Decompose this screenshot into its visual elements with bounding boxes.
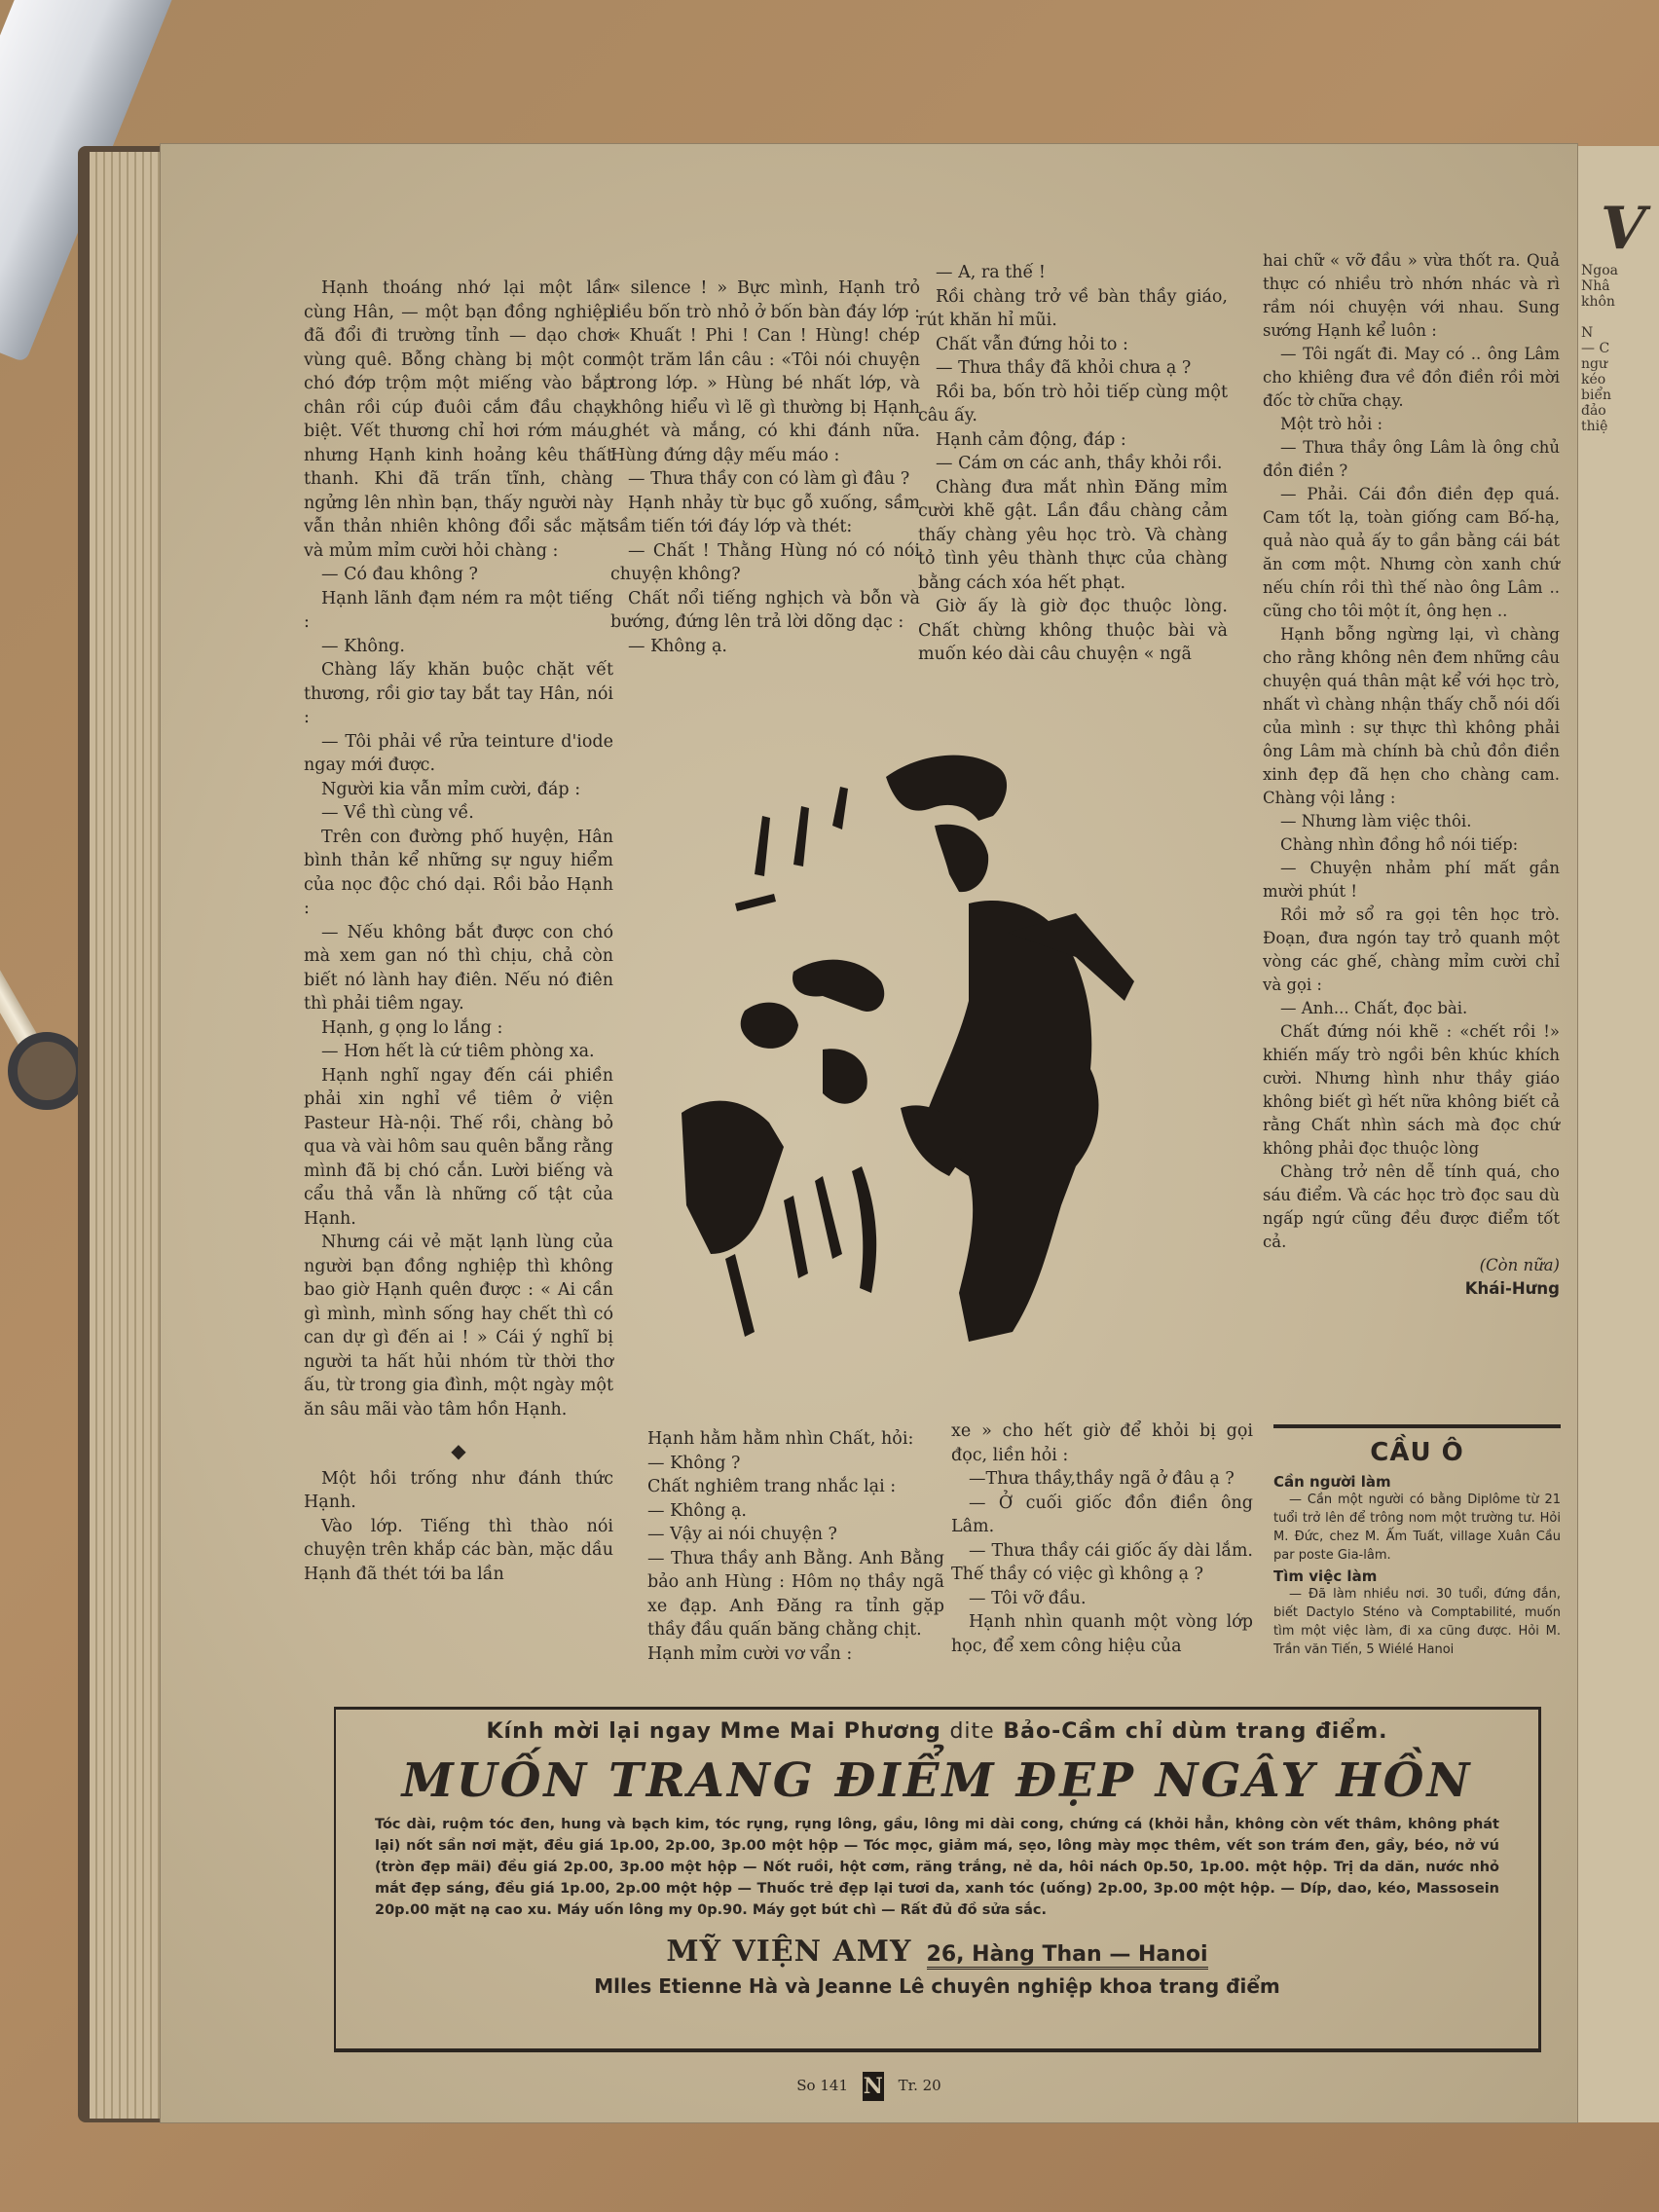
classified-heading-seeking: Tìm việc làm — [1273, 1567, 1561, 1585]
dialogue: — Phải. Cái đồn điền đẹp quá. Cam tốt lạ… — [1263, 483, 1560, 623]
paragraph: Hạnh cảm động, đáp : — [918, 428, 1228, 453]
dialogue: — Thưa thầy con có làm gì đâu ? — [610, 467, 920, 492]
story-column-2: « silence ! » Bực mình, Hạnh trỏ liều bố… — [610, 276, 920, 658]
paragraph: Chất vẫn đứng hỏi to : — [918, 333, 1228, 357]
dialogue: — Thưa thầy đã khỏi chưa ạ ? — [918, 356, 1228, 381]
ad-invitation: Kính mời lại ngay Mme Mai Phương dite Bả… — [375, 1719, 1499, 1744]
binder-ring — [8, 1032, 86, 1110]
dialogue: — Không ạ. — [647, 1499, 944, 1524]
classified-body-hiring: — Cần một người có bằng Diplôme từ 21 tu… — [1273, 1491, 1561, 1565]
dialogue: — Anh... Chất, đọc bài. — [1263, 997, 1560, 1020]
dialogue: — Chuyện nhảm phí mất gần mười phút ! — [1263, 857, 1560, 903]
paragraph: Một trò hỏi : — [1263, 413, 1560, 436]
dialogue: — Ở cuối giốc đồn điền ông Lâm. — [951, 1492, 1253, 1539]
paragraph: Hạnh hằm hằm nhìn Chất, hỏi: — [647, 1427, 944, 1452]
classified-ads: CẦU Ô Cần người làm — Cần một người có b… — [1273, 1424, 1561, 1659]
facing-page-letter: V — [1601, 195, 1659, 263]
story-column-6: xe » cho hết giờ để khỏi bị gọi đọc, liề… — [951, 1419, 1253, 1658]
story-illustration — [677, 748, 1193, 1400]
dialogue: — Tôi ngất đi. May có .. ông Lâm cho khi… — [1263, 343, 1560, 413]
classified-body-seeking: — Đã làm nhiều nơi. 30 tuổi, đứng đắn, b… — [1273, 1585, 1561, 1659]
story-column-1: Hạnh thoáng nhớ lại một lần cùng Hân, — … — [304, 276, 613, 1586]
classified-title: CẦU Ô — [1273, 1438, 1561, 1467]
paragraph: Chàng đưa mắt nhìn Đăng mỉm cười khẽ gật… — [918, 476, 1228, 596]
paragraph: Rồi mở sổ ra gọi tên học trò. Đoạn, đưa … — [1263, 903, 1560, 997]
dialogue: — Thưa thầy anh Bằng. Anh Bằng bảo anh H… — [647, 1547, 944, 1642]
dialogue: — Thưa thầy cái giốc ấy dài lắm. Thế thầ… — [951, 1539, 1253, 1587]
dialogue: — Thưa thầy ông Lâm là ông chủ đồn điền … — [1263, 436, 1560, 483]
dialogue: — Có đau không ? — [304, 563, 613, 587]
dialogue: — Không. — [304, 635, 613, 659]
ad-body: Tóc dài, ruộm tóc đen, hung và bạch kim,… — [375, 1814, 1499, 1921]
paragraph: Một hồi trống như đánh thức Hạnh. — [304, 1467, 613, 1515]
facing-page-text: Ngoa Nhâ khôn N — C ngư kéo biển đảo thi… — [1581, 263, 1659, 434]
paragraph: Người kia vẫn mỉm cười, đáp : — [304, 778, 613, 802]
paragraph: xe » cho hết giờ để khỏi bị gọi đọc, liề… — [951, 1419, 1253, 1467]
shop-name: MỸ VIỆN AMY — [666, 1935, 911, 1969]
paragraph: Vào lớp. Tiếng thì thào nói chuyện trên … — [304, 1515, 613, 1587]
dialogue: — Không ạ. — [610, 635, 920, 659]
dialogue: — Về thì cùng về. — [304, 801, 613, 826]
paragraph: « silence ! » Bực mình, Hạnh trỏ liều bố… — [610, 276, 920, 467]
paragraph: Chất nghiêm trang nhắc lại : — [647, 1475, 944, 1499]
dialogue: — Tôi phải về rửa teinture d'iode ngay m… — [304, 730, 613, 778]
paragraph: Giờ ấy là giờ đọc thuộc lòng. Chất chừng… — [918, 595, 1228, 667]
newspaper-page: Hạnh thoáng nhớ lại một lần cùng Hân, — … — [161, 144, 1577, 2122]
paragraph: Chất đứng nói khẽ : «chết rồi !» khiến m… — [1263, 1020, 1560, 1161]
paragraph: hai chữ « vỡ đầu » vừa thốt ra. Quả thực… — [1263, 249, 1560, 343]
section-break-diamond-icon: ◆ — [304, 1439, 613, 1463]
facing-page-fragment: V Ngoa Nhâ khôn N — C ngư kéo biển đảo t… — [1572, 146, 1659, 2122]
paragraph: Hạnh mỉm cười vơ vẩn : — [647, 1642, 944, 1667]
story-column-3: — A, ra thế ! Rồi chàng trở về bàn thầy … — [918, 261, 1228, 667]
dialogue: — Tôi vỡ đầu. — [951, 1587, 1253, 1611]
paragraph: Trên con đường phố huyện, Hân bình thản … — [304, 826, 613, 921]
dialogue: — Chất ! Thằng Hùng nó có nói chuyện khô… — [610, 539, 920, 587]
dialogue: — Nếu không bắt được con chó mà xem gan … — [304, 921, 613, 1016]
paragraph: Hạnh thoáng nhớ lại một lần cùng Hân, — … — [304, 276, 613, 563]
classified-rule — [1273, 1424, 1561, 1428]
dialogue: — Không ? — [647, 1452, 944, 1476]
paragraph: Hạnh nhìn quanh một vòng lớp học, để xem… — [951, 1610, 1253, 1658]
issue-number: So 141 — [796, 2077, 848, 2094]
page-footer: So 141 N Tr. 20 — [161, 2072, 1577, 2101]
paragraph: Nhưng cái vẻ mặt lạnh lùng của người bạn… — [304, 1231, 613, 1421]
page-number: Tr. 20 — [899, 2077, 941, 2094]
dialogue: — Hơn hết là cứ tiêm phòng xa. — [304, 1040, 613, 1064]
author-signature: Khái-Hưng — [1263, 1277, 1560, 1301]
dialogue: — Vậy ai nói chuyện ? — [647, 1523, 944, 1547]
dialogue: —Thưa thầy,thầy ngã ở đâu ạ ? — [951, 1467, 1253, 1492]
paragraph: Rồi chàng trở về bàn thầy giáo, rút khăn… — [918, 285, 1228, 333]
dialogue: — Nhưng làm việc thôi. — [1263, 810, 1560, 833]
story-column-4: hai chữ « vỡ đầu » vừa thốt ra. Quả thực… — [1263, 249, 1560, 1301]
ad-staff: Mlles Etienne Hà và Jeanne Lê chuyên ngh… — [375, 1974, 1499, 1998]
paragraph: Chàng lấy khăn buộc chặt vết thương, rồi… — [304, 658, 613, 730]
classified-heading-hiring: Cần người làm — [1273, 1473, 1561, 1491]
shop-address: 26, Hàng Than — Hanoi — [927, 1942, 1208, 1970]
story-column-5: Hạnh hằm hằm nhìn Chất, hỏi: — Không ? C… — [647, 1427, 944, 1666]
newspaper-logo-icon: N — [863, 2072, 884, 2101]
to-be-continued: (Còn nữa) — [1263, 1254, 1560, 1277]
paragraph: Hạnh bỗng ngừng lại, vì chàng cho rằng k… — [1263, 623, 1560, 810]
paragraph: Hạnh, g ọng lo lắng : — [304, 1016, 613, 1041]
paragraph: Chất nổi tiếng nghịch và bỗn và bướng, đ… — [610, 587, 920, 635]
dialogue: — Cám ơn các anh, thầy khỏi rồi. — [918, 452, 1228, 476]
ad-shop: MỸ VIỆN AMY 26, Hàng Than — Hanoi — [375, 1935, 1499, 1969]
dialogue: — A, ra thế ! — [918, 261, 1228, 285]
ad-headline: MUỐN TRANG ĐIỂM ĐẸP NGÂY HỒN — [375, 1753, 1499, 1808]
paragraph: Hạnh nhảy từ bục gỗ xuống, sầm sầm tiến … — [610, 492, 920, 539]
paragraph: Hạnh lãnh đạm ném ra một tiếng : — [304, 587, 613, 635]
paragraph: Chàng trở nên dễ tính quá, cho sáu điểm.… — [1263, 1161, 1560, 1254]
paragraph: Hạnh nghĩ ngay đến cái phiền phải xin ng… — [304, 1064, 613, 1232]
paragraph: Rồi ba, bốn trò hỏi tiếp cùng một câu ấy… — [918, 381, 1228, 428]
paragraph: Chàng nhìn đồng hồ nói tiếp: — [1263, 833, 1560, 857]
beauty-salon-advertisement: Kính mời lại ngay Mme Mai Phương dite Bả… — [334, 1707, 1541, 2052]
